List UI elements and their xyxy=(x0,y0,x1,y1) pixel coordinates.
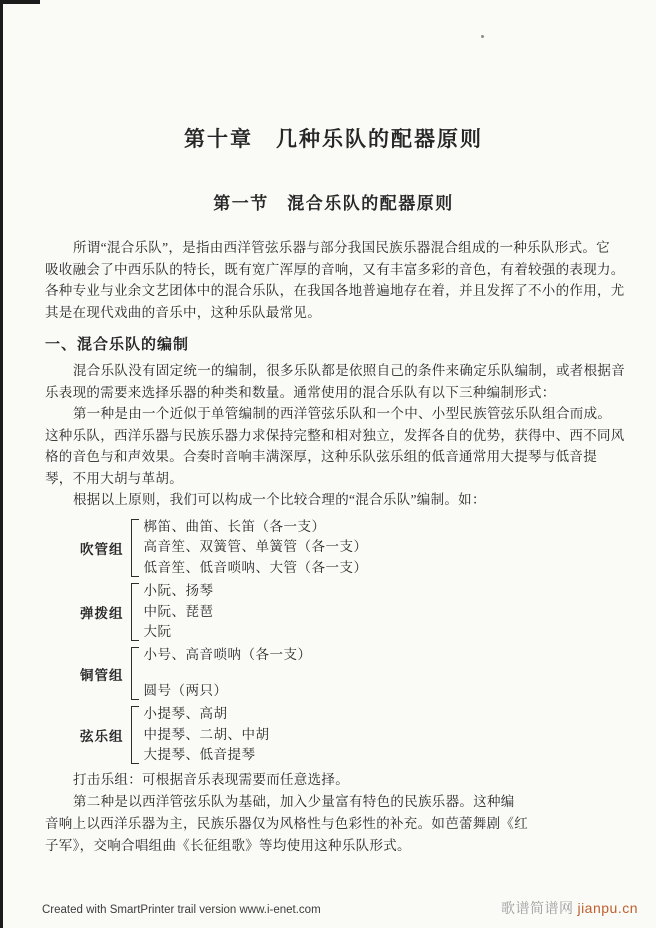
paragraph-line: 吸收融会了中西乐队的特长，既有宽广浑厚的音响，又有丰富多彩的音色，有着较强的表现… xyxy=(45,259,622,281)
group-items: 小提琴、高胡 中提琴、二胡、中胡 大提琴、低音提琴 xyxy=(144,704,270,766)
paragraph-line: 所谓“混合乐队”，是指由西洋管弦乐器与部分我国民族乐器混合组成的一种乐队形式。它 xyxy=(45,237,622,259)
group-label: 吹管组 xyxy=(80,538,124,558)
conclusion-paragraph: 根据以上原则，我们可以构成一个比较合理的“混合乐队”编制。如： xyxy=(45,489,622,511)
group-item: 小提琴、高胡 xyxy=(144,704,270,725)
section-title: 第一节 混合乐队的配器原则 xyxy=(45,194,622,214)
page-footer: Created with SmartPrinter trail version … xyxy=(42,898,638,918)
scanned-book-page: 第十章 几种乐队的配器原则 第一节 混合乐队的配器原则 所谓“混合乐队”，是指由… xyxy=(0,0,656,928)
group-bracket xyxy=(131,519,139,577)
paragraph-line: 第二种是以西洋管弦乐队为基础，加入少量富有特色的民族乐器。这种编 xyxy=(45,791,622,813)
chapter-title: 第十章 几种乐队的配器原则 xyxy=(45,127,622,153)
group-item: 大提琴、低音提琴 xyxy=(144,745,270,766)
paragraph-line: 这种乐队，西洋乐器与民族乐器力求保持完整和相对独立，发挥各自的优势，获得中、西不… xyxy=(45,425,622,447)
ensemble-group-brass: 铜管组 小号、高音唢呐（各一支） 圆号（两只） xyxy=(80,645,622,702)
paragraph-line: 各种专业与业余文艺团体中的混合乐队，在我国各地普遍地存在着，并且发挥了不小的作用… xyxy=(45,280,622,302)
ensemble-list: 吹管组 梆笛、曲笛、长笛（各一支） 高音笙、双簧管、单簧管（各一支） 低音笙、低… xyxy=(80,517,622,767)
paragraph-line: 混合乐队没有固定统一的编制，很多乐队都是依照自己的条件来确定乐队编制，或者根据音 xyxy=(45,360,622,382)
scan-corner-mark xyxy=(0,0,40,4)
group-item: 高音笙、双簧管、单簧管（各一支） xyxy=(144,537,368,558)
group-label: 弹拨组 xyxy=(80,602,124,622)
formation-paragraph: 混合乐队没有固定统一的编制，很多乐队都是依照自己的条件来确定乐队编制，或者根据音… xyxy=(45,360,622,403)
group-items: 小阮、扬琴 中阮、琵琶 大阮 xyxy=(144,581,214,643)
group-item: 圆号（两只） xyxy=(144,681,312,702)
group-item: 梆笛、曲笛、长笛（各一支） xyxy=(144,517,368,538)
section-heading-formation: 一、混合乐队的编制 xyxy=(45,336,622,354)
scan-edge-line xyxy=(0,0,3,928)
page-content: 第十章 几种乐队的配器原则 第一节 混合乐队的配器原则 所谓“混合乐队”，是指由… xyxy=(0,127,656,857)
ensemble-group-plucked: 弹拨组 小阮、扬琴 中阮、琵琶 大阮 xyxy=(80,581,622,643)
paragraph-line: 其是在现代戏曲的音乐中，这种乐队最常见。 xyxy=(45,302,622,324)
second-type-paragraph: 第二种是以西洋管弦乐队为基础，加入少量富有特色的民族乐器。这种编 音响上以西洋乐… xyxy=(45,791,622,857)
paragraph-line: 琴，不用大胡与革胡。 xyxy=(45,468,622,490)
paragraph-line: 格的音色与和声效果。合奏时音响丰满深厚，这种乐队弦乐组的低音通常用大提琴与低音提 xyxy=(45,446,622,468)
site-domain: jianpu.cn xyxy=(577,900,638,916)
paragraph-line: 子军》，交响合唱组曲《长征组歌》等均使用这种乐队形式。 xyxy=(45,835,622,857)
paragraph-line: 打击乐组：可根据音乐表现需要而任意选择。 xyxy=(45,769,622,791)
group-items: 小号、高音唢呐（各一支） 圆号（两只） xyxy=(144,645,312,702)
first-type-paragraph: 第一种是由一个近似于单管编制的西洋管弦乐队和一个中、小型民族管弦乐队组合而成。 … xyxy=(45,403,622,489)
group-items: 梆笛、曲笛、长笛（各一支） 高音笙、双簧管、单簧管（各一支） 低音笙、低音唢呐、… xyxy=(144,517,368,579)
group-item: 中提琴、二胡、中胡 xyxy=(144,725,270,746)
scan-speck xyxy=(481,35,484,38)
group-label: 铜管组 xyxy=(80,664,124,684)
group-bracket xyxy=(131,706,139,764)
ensemble-group-winds: 吹管组 梆笛、曲笛、长笛（各一支） 高音笙、双簧管、单簧管（各一支） 低音笙、低… xyxy=(80,517,622,579)
group-label: 弦乐组 xyxy=(80,725,124,745)
percussion-note: 打击乐组：可根据音乐表现需要而任意选择。 xyxy=(45,769,622,791)
printer-watermark: Created with SmartPrinter trail version … xyxy=(42,904,321,916)
paragraph-line: 根据以上原则，我们可以构成一个比较合理的“混合乐队”编制。如： xyxy=(45,489,622,511)
group-bracket xyxy=(131,583,139,641)
group-item: 低音笙、低音唢呐、大管（各一支） xyxy=(144,558,368,579)
paragraph-line: 音响上以西洋乐器为主，民族乐器仅为风格性与色彩性的补充。如芭蕾舞剧《红 xyxy=(45,813,622,835)
group-item: 小号、高音唢呐（各一支） xyxy=(144,645,312,666)
ensemble-group-strings: 弦乐组 小提琴、高胡 中提琴、二胡、中胡 大提琴、低音提琴 xyxy=(80,704,622,766)
paragraph-line: 乐表现的需要来选择乐器的种类和数量。通常使用的混合乐队有以下三种编制形式： xyxy=(45,382,622,404)
site-name: 歌谱简谱网 xyxy=(501,902,574,917)
group-bracket xyxy=(131,647,139,700)
group-item: 大阮 xyxy=(144,622,214,643)
group-item: 小阮、扬琴 xyxy=(144,581,214,602)
group-item: 中阮、琵琶 xyxy=(144,602,214,623)
paragraph-line: 第一种是由一个近似于单管编制的西洋管弦乐队和一个中、小型民族管弦乐队组合而成。 xyxy=(45,403,622,425)
site-watermark: 歌谱简谱网 jianpu.cn xyxy=(501,898,638,918)
intro-paragraph: 所谓“混合乐队”，是指由西洋管弦乐器与部分我国民族乐器混合组成的一种乐队形式。它… xyxy=(45,237,622,323)
